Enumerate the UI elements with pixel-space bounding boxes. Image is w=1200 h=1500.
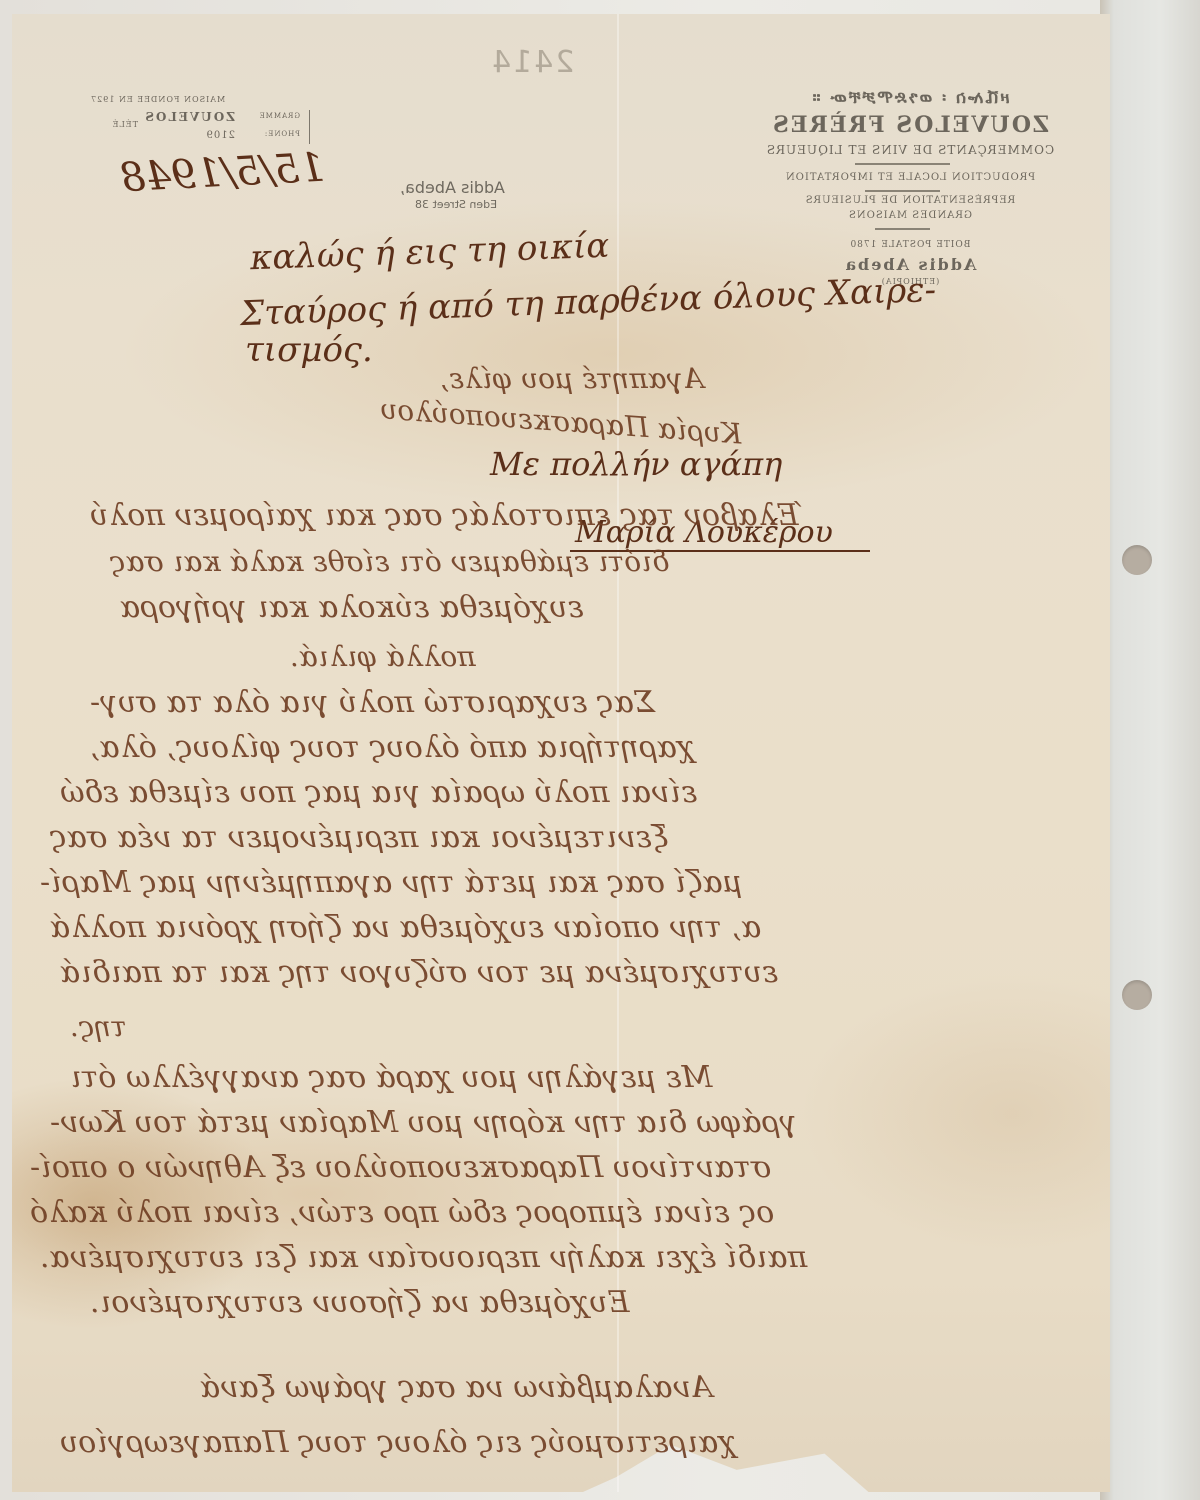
telegram-label: GRAMME — [259, 112, 300, 120]
handwritten-line: διότι εμάθαμεν ότι είσθε καλά και σας — [110, 545, 669, 578]
handwritten-line: είναι πολύ ωραία για μας που είμεθα εδώ — [60, 775, 697, 810]
handwritten-line: Με πολλήν αγάπη — [490, 445, 782, 483]
handwritten-line: γράφω δια την κόρην μου Μαρίαν μετά του … — [50, 1105, 797, 1140]
handwritten-line: Αγαπητέ μου φίλε, — [440, 362, 704, 395]
letterhead-representation-1: REPRÉSENTATION DE PLUSIEURS — [740, 195, 1080, 206]
letterhead-amharic: ዞቬሎስ ፡ ወንድሞቻቸው ። — [730, 88, 1090, 108]
handwritten-line: παιδί έχει καλήν περιουσίαν και ζει ευτυ… — [40, 1240, 807, 1275]
handwritten-line: της. — [70, 1010, 127, 1043]
handwritten-line: πολλά φιλιά. — [290, 640, 476, 673]
binder-strip — [1100, 0, 1200, 1500]
address-street: Eden Street 38 — [415, 198, 497, 211]
tele-prefix: TÉLÉ — [112, 120, 138, 129]
handwritten-line: τισμός. — [245, 330, 373, 370]
handwritten-line: Έλαβον τας επιστολάς σας και χαίρομεν πο… — [90, 498, 804, 533]
letterhead-contact-block: TÉLÉ GRAMME PHONE: ZOUVELOS 2109 — [100, 110, 350, 150]
letterhead-founded: MAISON FONDÉE EN 1927 — [90, 95, 320, 104]
telegram-value: ZOUVELOS — [143, 110, 235, 124]
handwritten-line: ξενιτεμένοι και περιμένομεν τα νέα σας — [50, 820, 668, 855]
punch-hole — [1122, 545, 1152, 575]
letterhead-divider — [855, 163, 950, 165]
handwritten-line: Αναλαμβάνω να σας γράψω ξανά — [200, 1370, 713, 1405]
letterhead-production: PRODUCTION LOCALE ET IMPORTATION — [740, 172, 1080, 183]
archive-number: 2414 — [490, 45, 574, 80]
handwritten-line: Σας ευχαριστώ πολύ για όλα τα συγ- — [90, 685, 655, 720]
handwritten-line: χαιρετισμούς εις όλους τους Παπαγεωργίου — [60, 1425, 737, 1460]
letterhead-representation-2: GRANDES MAISONS — [740, 210, 1080, 221]
punch-hole — [1122, 980, 1152, 1010]
handwritten-line: σταντίνου Παρασκευοπούλου εξ Αθηνών ο οπ… — [30, 1150, 771, 1185]
handwritten-line: Με μεγάλην μου χαρά σας αναγγέλλω ότι — [70, 1060, 712, 1095]
handwritten-line: μαζί σας και μετά την αγαπημένην μας Μαρ… — [40, 865, 742, 900]
letterhead-tagline: COMMERÇANTS DE VINS ET LIQUEURS — [720, 143, 1100, 157]
address-city: Addis Abeba, — [400, 178, 505, 197]
handwritten-line: Ευχόμεθα να ζήσουν ευτυχισμένοι. — [90, 1285, 629, 1320]
handwritten-line: ευχόμεθα εύκολα και γρήγορα — [120, 590, 584, 625]
handwritten-line: α, την οποίαν ευχόμεθα να ζήση χρόνια πο… — [50, 910, 761, 945]
contact-bracket — [309, 110, 310, 144]
letterhead-divider — [865, 190, 940, 192]
letterhead-postal-box: BOITE POSTALE 1780 — [740, 240, 1080, 250]
handwritten-line: ος είναι έμπορος εδώ προ ετών, είναι πολ… — [30, 1195, 774, 1230]
letterhead-company: ZOUVELOS FRÈRES — [720, 112, 1100, 138]
letterhead-divider — [875, 228, 930, 230]
handwritten-line: ευτυχισμένα με τον σύζυγον της και τα πα… — [60, 955, 778, 990]
phone-label: PHONE: — [264, 130, 300, 138]
phone-value: 2109 — [206, 130, 235, 141]
handwritten-line: χαρητήρια από όλους τους φίλους, όλα, — [90, 730, 695, 765]
